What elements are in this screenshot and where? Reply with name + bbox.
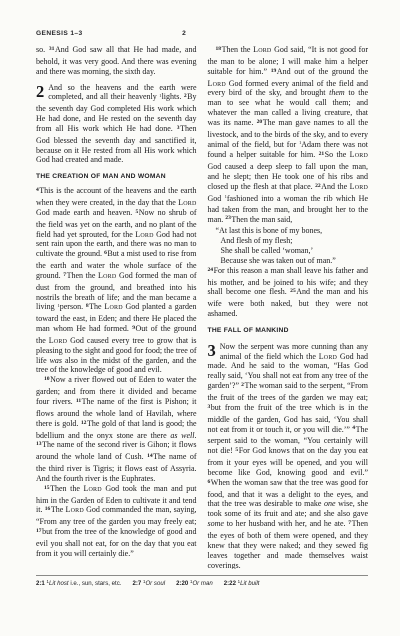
body-text-run: So the	[325, 150, 350, 159]
lord-smallcaps: Lord	[350, 182, 368, 191]
poetry-line: “At last this is bone of my bones,	[208, 226, 369, 236]
footnote-text: i.e., sun, stars, etc.	[69, 580, 122, 587]
footnote-marker: 1	[299, 140, 301, 145]
poetry-block: “At last this is bone of my bones,And fl…	[208, 226, 369, 265]
lord-smallcaps: Lord	[208, 79, 226, 88]
text-columns: so. 31And God saw all that He had made, …	[36, 45, 368, 569]
poetry-line: Because she was taken out of man.”	[208, 256, 369, 266]
verse-number: 18	[216, 46, 222, 52]
body-text-run: lights.	[162, 92, 184, 101]
verse-number: 14	[147, 453, 153, 459]
verse-number: 6	[208, 479, 211, 485]
poetry-line: And flesh of my flesh;	[208, 236, 369, 246]
body-text-run: God made earth and heaven.	[36, 208, 135, 217]
verse-number: 13	[36, 441, 42, 447]
body-text-run: Then the	[50, 484, 83, 493]
verse-number: 31	[49, 46, 55, 52]
body-text-run: but from the fruit of the tree which is …	[208, 403, 369, 434]
page-header: GENESIS 1–3 2	[36, 27, 368, 45]
body-text-run: The	[89, 302, 104, 311]
body-text-run: Then the	[222, 45, 254, 54]
footnotes-bar: 2:1 1Lit host i.e., sun, stars, etc.2:7 …	[36, 575, 368, 587]
verse-number: 11	[76, 398, 82, 404]
lord-smallcaps: Lord	[350, 150, 368, 159]
footnote-ref: 2:1	[36, 580, 47, 587]
lord-smallcaps: Lord	[135, 230, 153, 239]
footnote-italic-text: Lit host	[49, 580, 69, 587]
verse-number: 17	[36, 528, 42, 534]
bible-paragraph: so. 31And God saw all that He had made, …	[36, 45, 197, 77]
body-text-run: Then the	[67, 271, 98, 280]
verse-number: 3	[208, 404, 211, 410]
bible-paragraph: 3Now the serpent was more cunning than a…	[208, 342, 369, 569]
verse-number: 3	[177, 125, 180, 131]
bible-paragraph: 2And so the heavens and the earth were c…	[36, 83, 197, 166]
footnote-italic-text: Lit built	[240, 580, 259, 587]
section-heading: THE FALL OF MANKIND	[208, 326, 369, 336]
verse-number: 22	[315, 183, 321, 189]
italic-run: one	[324, 499, 336, 508]
verse-number: 4	[36, 187, 39, 193]
footnote-ref: 2:7	[132, 580, 143, 587]
chapter-number: 3	[208, 342, 220, 360]
verse-number: 23	[225, 215, 231, 221]
verse-number: 16	[45, 506, 51, 512]
lord-smallcaps: Lord	[104, 302, 122, 311]
chapter-number: 2	[36, 83, 48, 101]
footnote-entry: 2:1 1Lit host i.e., sun, stars, etc.	[36, 580, 121, 587]
body-text-run: The	[51, 505, 66, 514]
verse-number: 2	[241, 382, 244, 388]
verse-number: 6	[104, 250, 107, 256]
lord-smallcaps: Lord	[49, 336, 67, 345]
footnote-entry: 2:20 1Or man	[176, 580, 213, 587]
body-text-run: to her husband with her, and he ate.	[224, 519, 348, 528]
column-right: 18Then the Lord God said, “It is not goo…	[208, 45, 369, 569]
lord-smallcaps: Lord	[98, 271, 116, 280]
bible-paragraph: 4This is the account of the heavens and …	[36, 186, 197, 375]
italic-run: was	[50, 356, 62, 365]
footnote-marker: 1	[225, 194, 227, 199]
italic-run: some	[208, 519, 224, 528]
footnote-marker: 1	[57, 303, 59, 308]
verse-number: 2	[184, 93, 187, 99]
lord-smallcaps: Lord	[253, 45, 271, 54]
verse-number: 21	[319, 151, 325, 157]
bible-paragraph: 10Now a river flowed out of Eden to wate…	[36, 375, 197, 483]
bible-paragraph: 15Then the Lord God took the man and put…	[36, 484, 197, 559]
body-text-run: Then the man said,	[231, 215, 292, 224]
body-text-run: person.	[60, 302, 86, 311]
verse-number: 19	[271, 68, 277, 74]
verse-number: 20	[257, 119, 263, 125]
lord-smallcaps: Lord	[319, 352, 337, 361]
poetry-line: She shall be called ‘woman,’	[208, 246, 369, 256]
italic-run: as well	[170, 431, 194, 440]
verse-number: 5	[135, 209, 138, 215]
lord-smallcaps: Lord	[178, 198, 196, 207]
lord-smallcaps: Lord	[66, 505, 84, 514]
verse-number: 9	[132, 325, 135, 331]
verse-number: 25	[290, 288, 296, 294]
italic-run: them	[329, 88, 345, 97]
footnote-entry: 2:22 1Lit built	[224, 580, 260, 587]
footnote-italic-text: Or man	[192, 580, 212, 587]
verse-number: 12	[81, 420, 87, 426]
verse-number: 7	[348, 520, 351, 526]
body-text-run: And the	[321, 182, 349, 191]
body-text-run: And out of the ground the	[277, 67, 368, 76]
footnote-ref: 2:22	[224, 580, 238, 587]
lord-smallcaps: Lord	[83, 484, 101, 493]
verse-number: 8	[86, 303, 89, 309]
verse-number: 15	[44, 485, 50, 491]
footnote-ref: 2:20	[176, 580, 190, 587]
body-text-run: This is the account of the heavens and t…	[36, 186, 197, 207]
body-text-run: but from the tree of the knowledge of go…	[36, 527, 197, 558]
verse-number: 4	[352, 425, 355, 431]
verse-number: 24	[208, 267, 214, 273]
verse-number: 7	[63, 272, 66, 278]
section-heading: THE CREATION OF MAN AND WOMAN	[36, 172, 197, 182]
bible-paragraph: 18Then the Lord God said, “It is not goo…	[208, 45, 369, 226]
footnote-entry: 2:7 1Or soul	[132, 580, 165, 587]
body-text-run: God	[208, 194, 225, 203]
bible-paragraph: 24For this reason a man shall leave his …	[208, 266, 369, 319]
footnote-marker: 1	[238, 579, 240, 584]
footnote-marker: 1	[47, 579, 49, 584]
footnote-italic-text: Or soul	[145, 580, 165, 587]
column-left: so. 31And God saw all that He had made, …	[36, 45, 197, 569]
body-text-run: so.	[36, 45, 49, 54]
page-number: 2	[36, 30, 332, 37]
verse-number: 5	[235, 447, 238, 453]
body-text-run: And God saw all that He had made, and be…	[36, 45, 197, 76]
body-text-run: .	[195, 431, 197, 440]
verse-number: 10	[44, 376, 50, 382]
bible-page: GENESIS 1–3 2 so. 31And God saw all that…	[0, 0, 400, 636]
footnote-marker: 1	[159, 93, 161, 98]
